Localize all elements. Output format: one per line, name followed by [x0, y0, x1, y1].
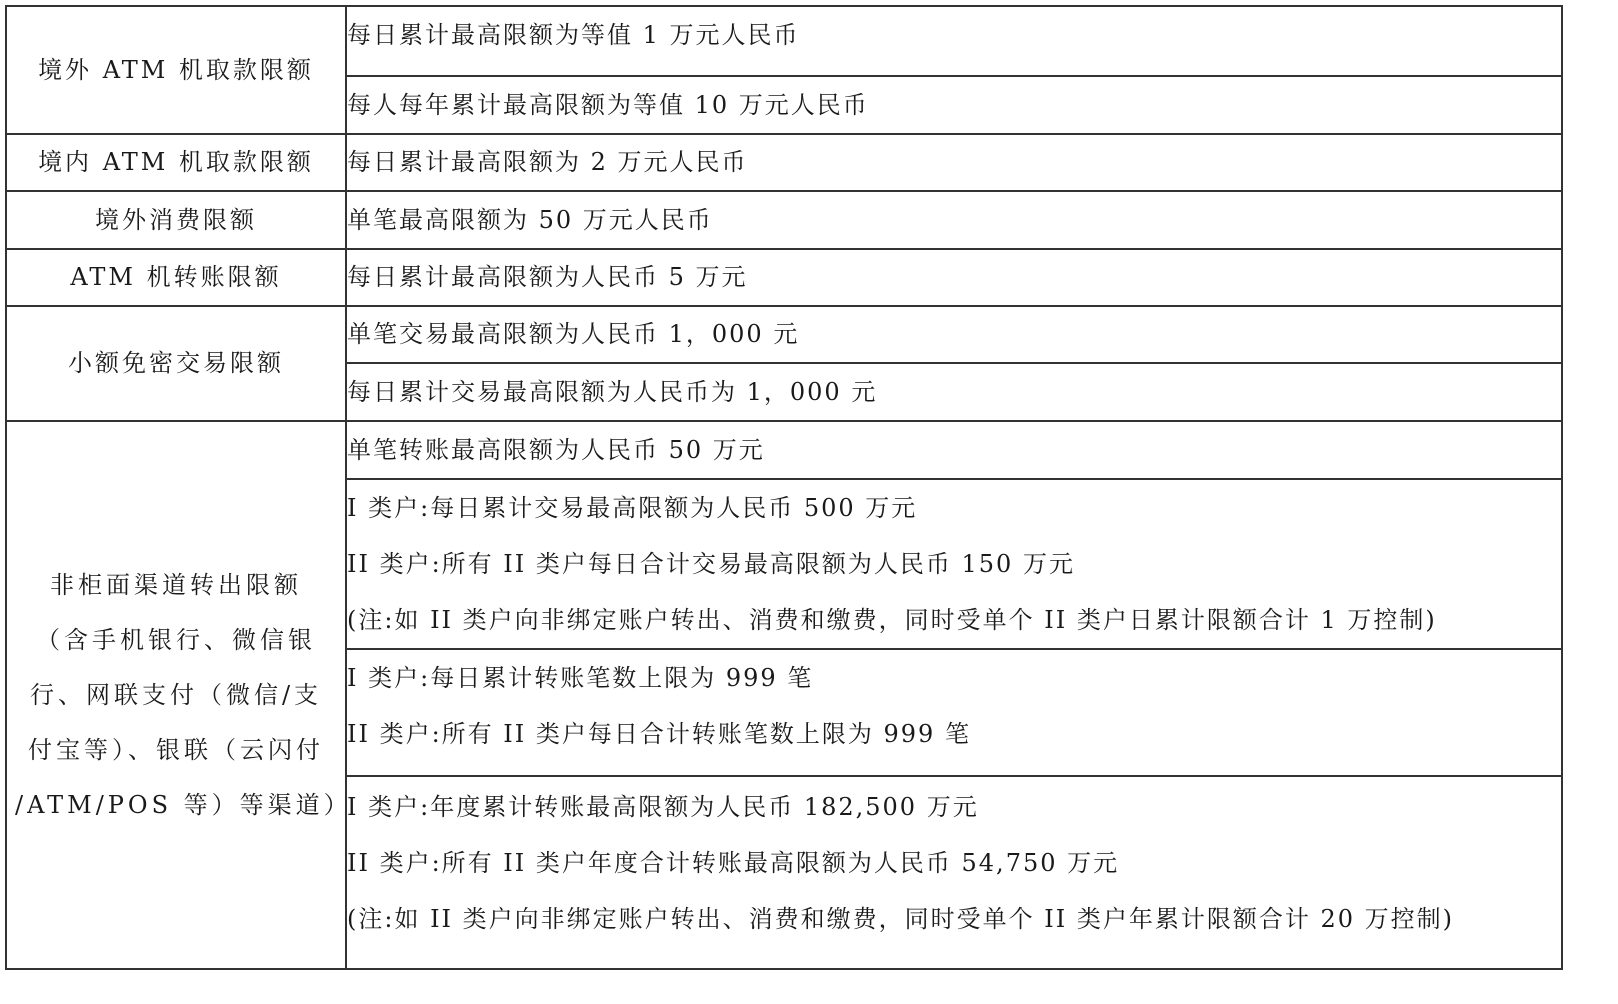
row-label: 小额免密交易限额 — [6, 306, 346, 421]
limits-table: 境外 ATM 机取款限额 每日累计最高限额为等值 1 万元人民币 每人每年累计最… — [5, 5, 1563, 970]
value-line: (注:如 II 类户向非绑定账户转出、消费和缴费，同时受单个 II 类户日累计限… — [347, 592, 1561, 648]
table-row: 境外消费限额 单笔最高限额为 50 万元人民币 — [6, 191, 1562, 249]
value-line: II 类户:所有 II 类户每日合计转账笔数上限为 999 笔 — [347, 706, 1561, 762]
label-line: /ATM/POS 等）等渠道） — [15, 778, 337, 833]
value-line: I 类户:每日累计转账笔数上限为 999 笔 — [347, 650, 1561, 706]
value-line: I 类户:每日累计交易最高限额为人民币 500 万元 — [347, 480, 1561, 536]
row-label: ATM 机转账限额 — [6, 249, 346, 306]
value-line: I 类户:年度累计转账最高限额为人民币 182,500 万元 — [347, 779, 1561, 835]
limit-value: 单笔转账最高限额为人民币 50 万元 — [346, 421, 1562, 479]
value-line: 每日累计最高限额为等值 1 万元人民币 — [347, 13, 1561, 57]
table-row: 小额免密交易限额 单笔交易最高限额为人民币 1，000 元 — [6, 306, 1562, 363]
limit-value: 每日累计交易最高限额为人民币为 1，000 元 — [346, 363, 1562, 421]
label-line: （含手机银行、微信银 — [15, 613, 337, 668]
value-line: 单笔交易最高限额为人民币 1，000 元 — [347, 308, 1561, 361]
limit-value: I 类户:年度累计转账最高限额为人民币 182,500 万元 II 类户:所有 … — [346, 776, 1562, 969]
label-line: 付宝等）、银联（云闪付 — [15, 723, 337, 778]
label-line: 非柜面渠道转出限额 — [15, 558, 337, 613]
limit-value: 每日累计最高限额为 2 万元人民币 — [346, 134, 1562, 191]
limit-value: I 类户:每日累计交易最高限额为人民币 500 万元 II 类户:所有 II 类… — [346, 479, 1562, 649]
limit-value: 单笔最高限额为 50 万元人民币 — [346, 191, 1562, 249]
limit-value: 每日累计最高限额为等值 1 万元人民币 — [346, 6, 1562, 76]
table-row: 境外 ATM 机取款限额 每日累计最高限额为等值 1 万元人民币 — [6, 6, 1562, 76]
table-row: 非柜面渠道转出限额 （含手机银行、微信银 行、网联支付（微信/支 付宝等）、银联… — [6, 421, 1562, 479]
row-label: 非柜面渠道转出限额 （含手机银行、微信银 行、网联支付（微信/支 付宝等）、银联… — [6, 421, 346, 969]
limit-value: 每人每年累计最高限额为等值 10 万元人民币 — [346, 76, 1562, 134]
value-line: (注:如 II 类户向非绑定账户转出、消费和缴费，同时受单个 II 类户年累计限… — [347, 891, 1561, 947]
value-line: II 类户:所有 II 类户每日合计交易最高限额为人民币 150 万元 — [347, 536, 1561, 592]
value-line: 每日累计最高限额为人民币 5 万元 — [347, 251, 1561, 304]
value-line: 单笔转账最高限额为人民币 50 万元 — [347, 423, 1561, 477]
value-line: II 类户:所有 II 类户年度合计转账最高限额为人民币 54,750 万元 — [347, 835, 1561, 891]
table-row: 境内 ATM 机取款限额 每日累计最高限额为 2 万元人民币 — [6, 134, 1562, 191]
row-label: 境外 ATM 机取款限额 — [6, 6, 346, 134]
table-row: ATM 机转账限额 每日累计最高限额为人民币 5 万元 — [6, 249, 1562, 306]
limit-value: 每日累计最高限额为人民币 5 万元 — [346, 249, 1562, 306]
value-line: 每人每年累计最高限额为等值 10 万元人民币 — [347, 77, 1561, 133]
row-label: 境外消费限额 — [6, 191, 346, 249]
value-line: 单笔最高限额为 50 万元人民币 — [347, 193, 1561, 247]
label-line: 行、网联支付（微信/支 — [15, 668, 337, 723]
row-label: 境内 ATM 机取款限额 — [6, 134, 346, 191]
limit-value: I 类户:每日累计转账笔数上限为 999 笔 II 类户:所有 II 类户每日合… — [346, 649, 1562, 776]
value-line: 每日累计交易最高限额为人民币为 1，000 元 — [347, 365, 1561, 419]
limit-value: 单笔交易最高限额为人民币 1，000 元 — [346, 306, 1562, 363]
value-line: 每日累计最高限额为 2 万元人民币 — [347, 136, 1561, 189]
